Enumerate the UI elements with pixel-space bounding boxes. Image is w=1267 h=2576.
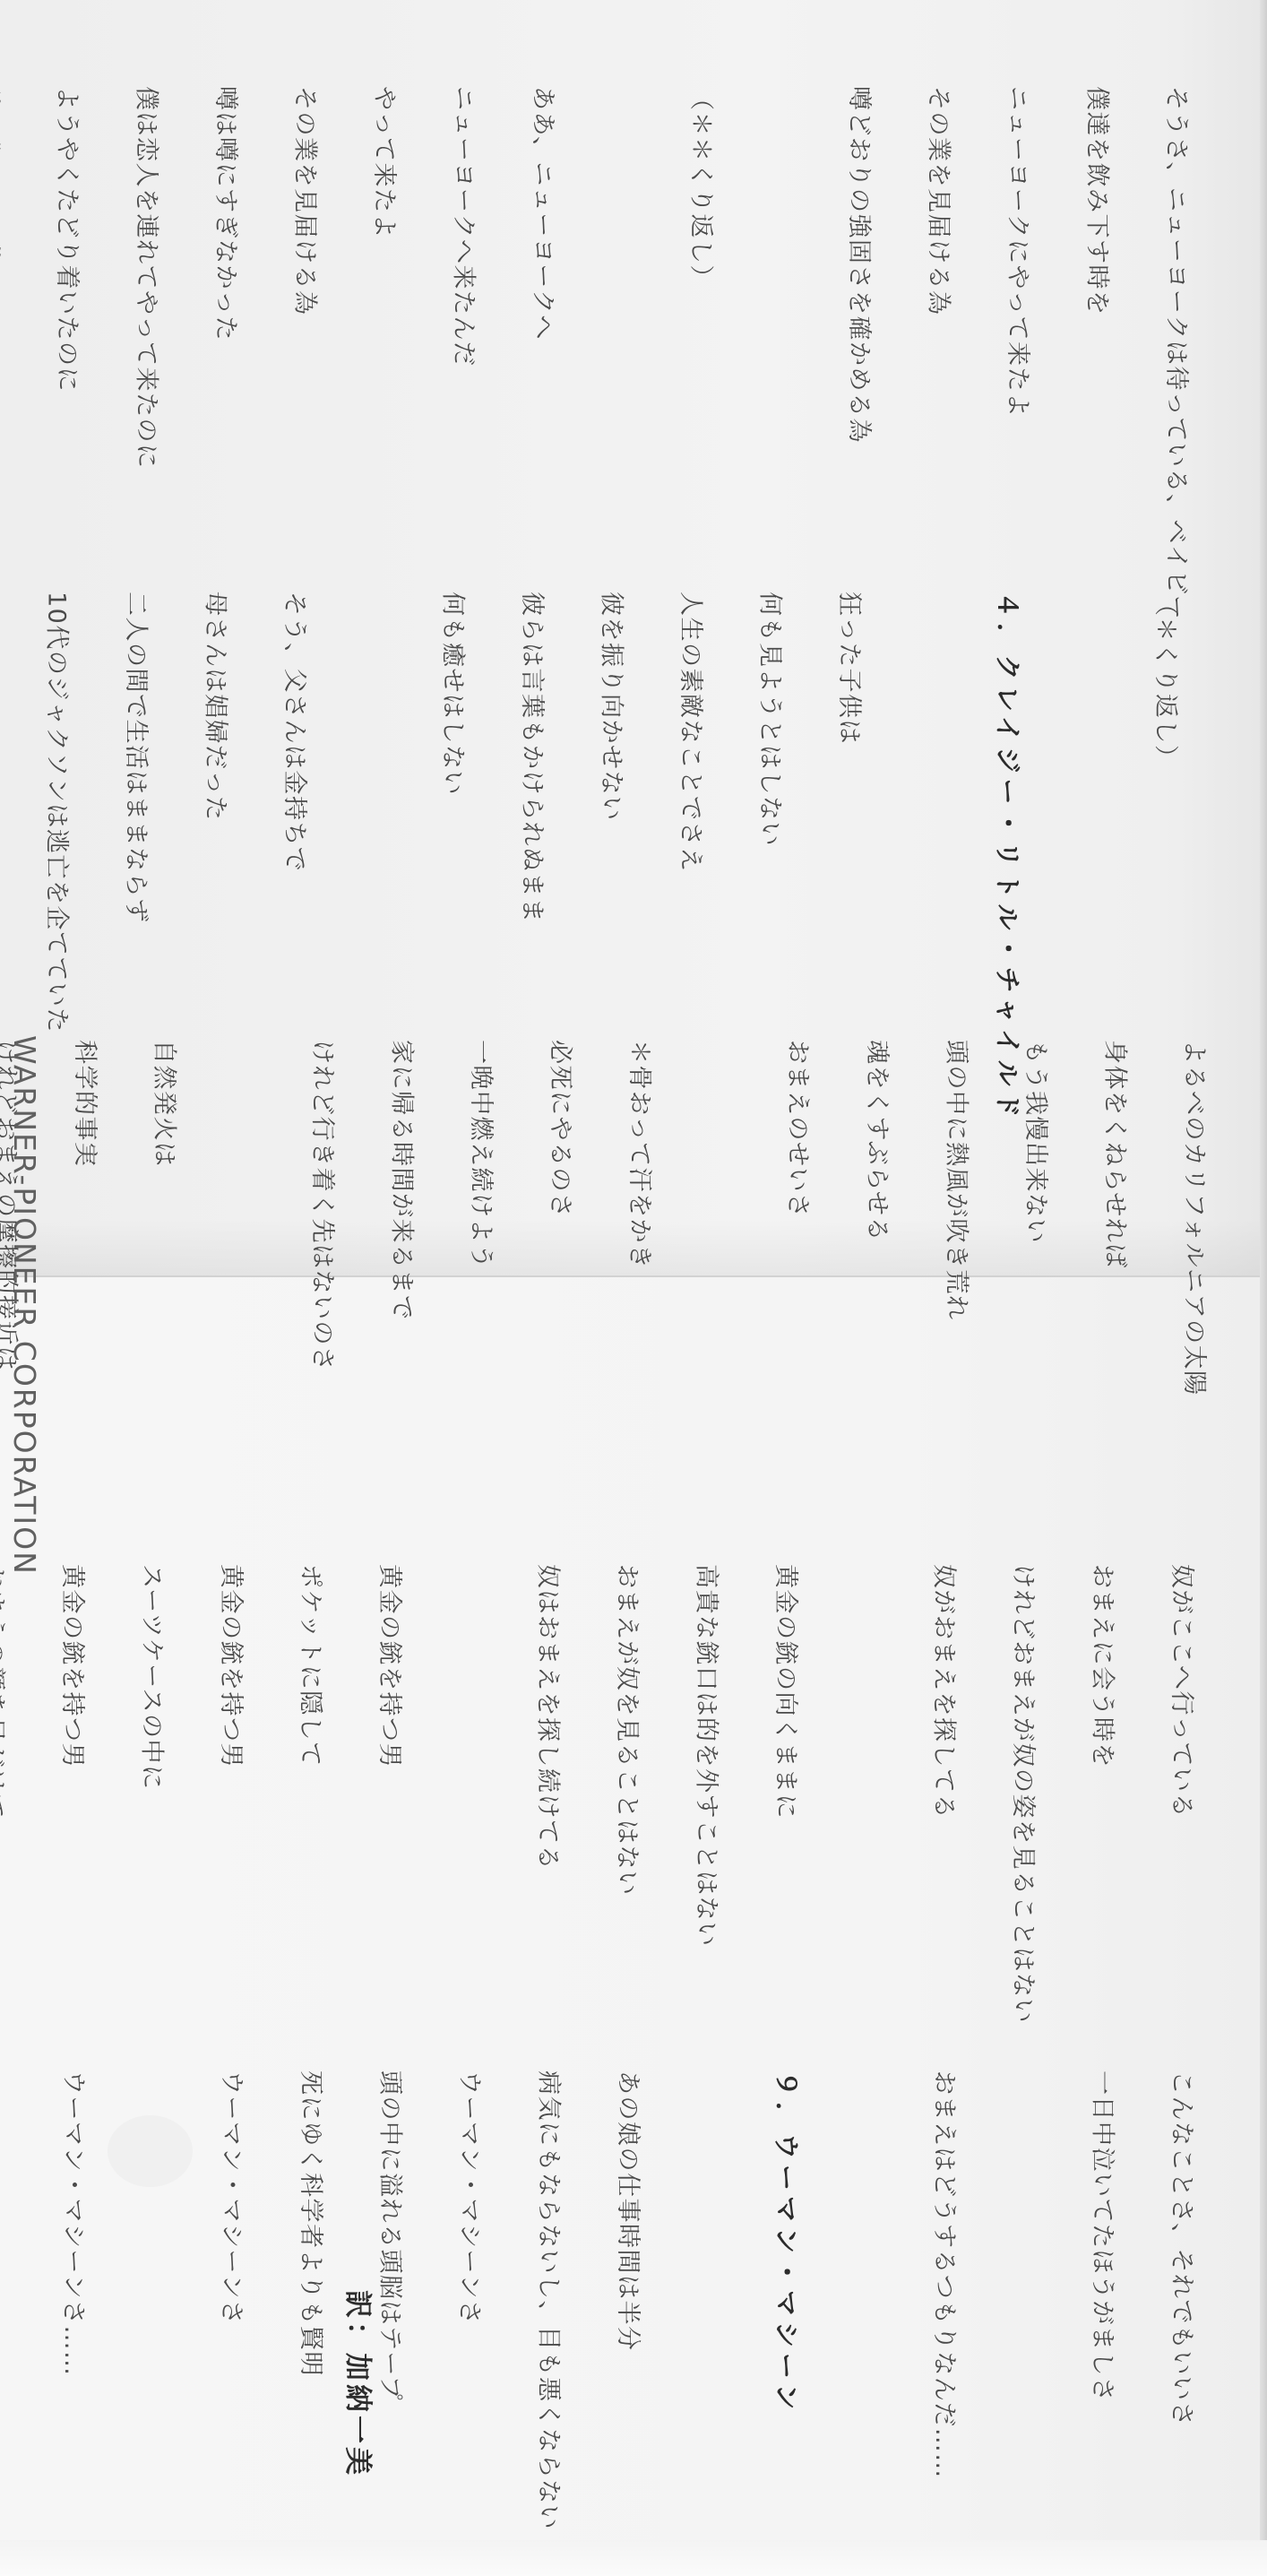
publisher-logo: WARNER-PIONEER CORPORATION xyxy=(7,1035,42,1576)
lyric-line: 一晩中燃え続けよう xyxy=(468,1040,495,1631)
lyric-line: 科学的事実 xyxy=(72,1040,99,1631)
lyric-line: 身体をくねらせれば xyxy=(1101,1040,1128,1631)
lyric-line: 死にゆく科学者よりも賢明 xyxy=(297,2070,324,2519)
lyric-line: こんなことさ、それでもいいさ xyxy=(1168,2070,1195,2519)
lyric-line: おまえに会う時を xyxy=(1089,1564,1116,2066)
lyric-line: 母さんは娼婦だった xyxy=(202,592,228,1076)
lyric-line: 家に帰る時間が来るまで xyxy=(388,1040,415,1631)
lyric-line: ニューヨークへ来たんだ xyxy=(450,86,477,507)
lyric-line: けれど行き着く先はないのさ xyxy=(309,1040,336,1631)
song-title: ４．クレイジー・リトル・チャイルド xyxy=(994,592,1021,1076)
lyrics-band-4: 奴がここへ行っている おまえに会う時を けれどおまえが奴の姿を見ることはない 奴… xyxy=(0,1564,1247,2066)
lyric-line: 彼を振り向かせない xyxy=(598,592,625,1076)
lyric-line: 奴がここへ行っている xyxy=(1168,1564,1195,2066)
lyric-line: 黄金の銃を持つ男 xyxy=(59,1564,86,2066)
lyric-line: よるべのカリフォルニアの太陽 xyxy=(1181,1040,1208,1631)
lyric-line: 僕達を飲み下す時を xyxy=(1083,86,1110,507)
lyric-line: 高貴な銃口は的を外すことはない xyxy=(693,1564,720,2066)
repeat-marker: （＊くり返し） xyxy=(1152,592,1179,1076)
lyric-line: おまえの顔を目がけて xyxy=(0,1564,6,2066)
song-title: ９．ウーマン・マシーン xyxy=(772,2070,799,2519)
lyric-line: 噂どおりの強固さを確かめる為 xyxy=(846,86,873,507)
lyric-line: 噂は噂にすぎなかった xyxy=(212,86,239,507)
lyrics-band-5: こんなことさ、それでもいいさ 一日中泣いてたほうがましさ おまえはどうするつもり… xyxy=(0,2070,1247,2519)
lyric-line: 黄金の銃を持つ男 xyxy=(218,1564,245,2066)
repeat-marker: （＊＊くり返し） xyxy=(687,86,714,507)
lyric-line: 自然発火は xyxy=(151,1040,177,1631)
lyric-line: ウーマン・マシーンさ xyxy=(456,2070,483,2519)
lyric-line: おまえはどうするつもりなんだ…… xyxy=(931,2070,958,2519)
lyric-line: 二人の間で生活はままならず xyxy=(123,592,150,1076)
lyric-line: もう我慢出来ない xyxy=(1022,1040,1049,1631)
lyric-line: その業を見届ける為 xyxy=(925,86,952,507)
lyric-line: 頭の中に熱風が吹き荒れ xyxy=(943,1040,970,1631)
lyric-line: 狂った子供は xyxy=(836,592,863,1076)
lyrics-band-3: よるべのカリフォルニアの太陽 身体をくねらせれば もう我慢出来ない 頭の中に熱風… xyxy=(0,1040,1260,1631)
lyric-line: 必死にやるのさ xyxy=(547,1040,573,1631)
lyrics-band-1: そうさ、ニューヨークは待っている、ベイビー 僕達を飲み下す時を ニューヨークにや… xyxy=(0,86,1242,507)
lyrics-band-2: （＊くり返し） ４．クレイジー・リトル・チャイルド 狂った子供は 何も見ようとは… xyxy=(0,592,1231,1076)
lyric-line: 黄金の銃の向くままに xyxy=(772,1564,799,2066)
lyric-line: 待ち焦がれた夢のニューヨークに…… xyxy=(0,86,1,507)
lyric-line: やって来たよ xyxy=(371,86,398,507)
lyric-line: 何も見ようとはしない xyxy=(756,592,783,1076)
lyric-line: ニューヨークにやって来たよ xyxy=(1004,86,1031,507)
lyric-line: おまえのせいさ xyxy=(784,1040,811,1631)
lyric-line: 10代のジャクソンは逃亡を企てていた xyxy=(43,592,70,1076)
lyric-line: ウーマン・マシーンさ…… xyxy=(60,2070,87,2519)
lyric-line: 魂をくすぶらせる xyxy=(864,1040,891,1631)
lyric-line: 彼らは言葉もかけられぬまま xyxy=(519,592,546,1076)
lyric-line: ＊骨おって汗をかき xyxy=(626,1040,653,1631)
lyric-line: そう、父さんは金持ちで xyxy=(281,592,308,1076)
paper-edge xyxy=(1260,0,1267,2576)
lyric-line: ようやくたどり着いたのに xyxy=(54,86,81,507)
lyric-line: おまえが奴を見ることはない xyxy=(614,1564,641,2066)
lyric-line: あの娘の仕事時間は半分 xyxy=(615,2070,642,2519)
lyric-line: けれどおまえが奴の姿を見ることはない xyxy=(1010,1564,1037,2066)
lyric-line: 人生の素敵なことでさえ xyxy=(677,592,704,1076)
lyric-line: その業を見届ける為 xyxy=(291,86,318,507)
lyric-line: 奴がおまえを探してる xyxy=(930,1564,957,2066)
lyric-line: そうさ、ニューヨークは待っている、ベイビー xyxy=(1163,86,1190,507)
lyric-line: 何も癒せはしない xyxy=(439,592,466,1076)
lyric-line: ウーマン・マシーンさ xyxy=(218,2070,245,2519)
paper-bottom-edge xyxy=(0,2540,1267,2576)
lyric-line: 病気にもならないし、目も悪くならない xyxy=(535,2070,562,2519)
translator-credit: 訳：加納一美 xyxy=(340,2290,381,2478)
lyric-line: ポケットに隠して xyxy=(297,1564,323,2066)
lyric-line: 奴はおまえを探し続けてる xyxy=(534,1564,561,2066)
lyric-line: 黄金の銃を持つ男 xyxy=(376,1564,403,2066)
lyric-line: 僕は恋人を連れてやって来たのに xyxy=(133,86,159,507)
lyric-line: スーツケースの中に xyxy=(138,1564,165,2066)
lyric-line: ああ、ニューヨークへ xyxy=(530,86,556,507)
lyric-line: 一日中泣いてたほうがましさ xyxy=(1089,2070,1116,2519)
